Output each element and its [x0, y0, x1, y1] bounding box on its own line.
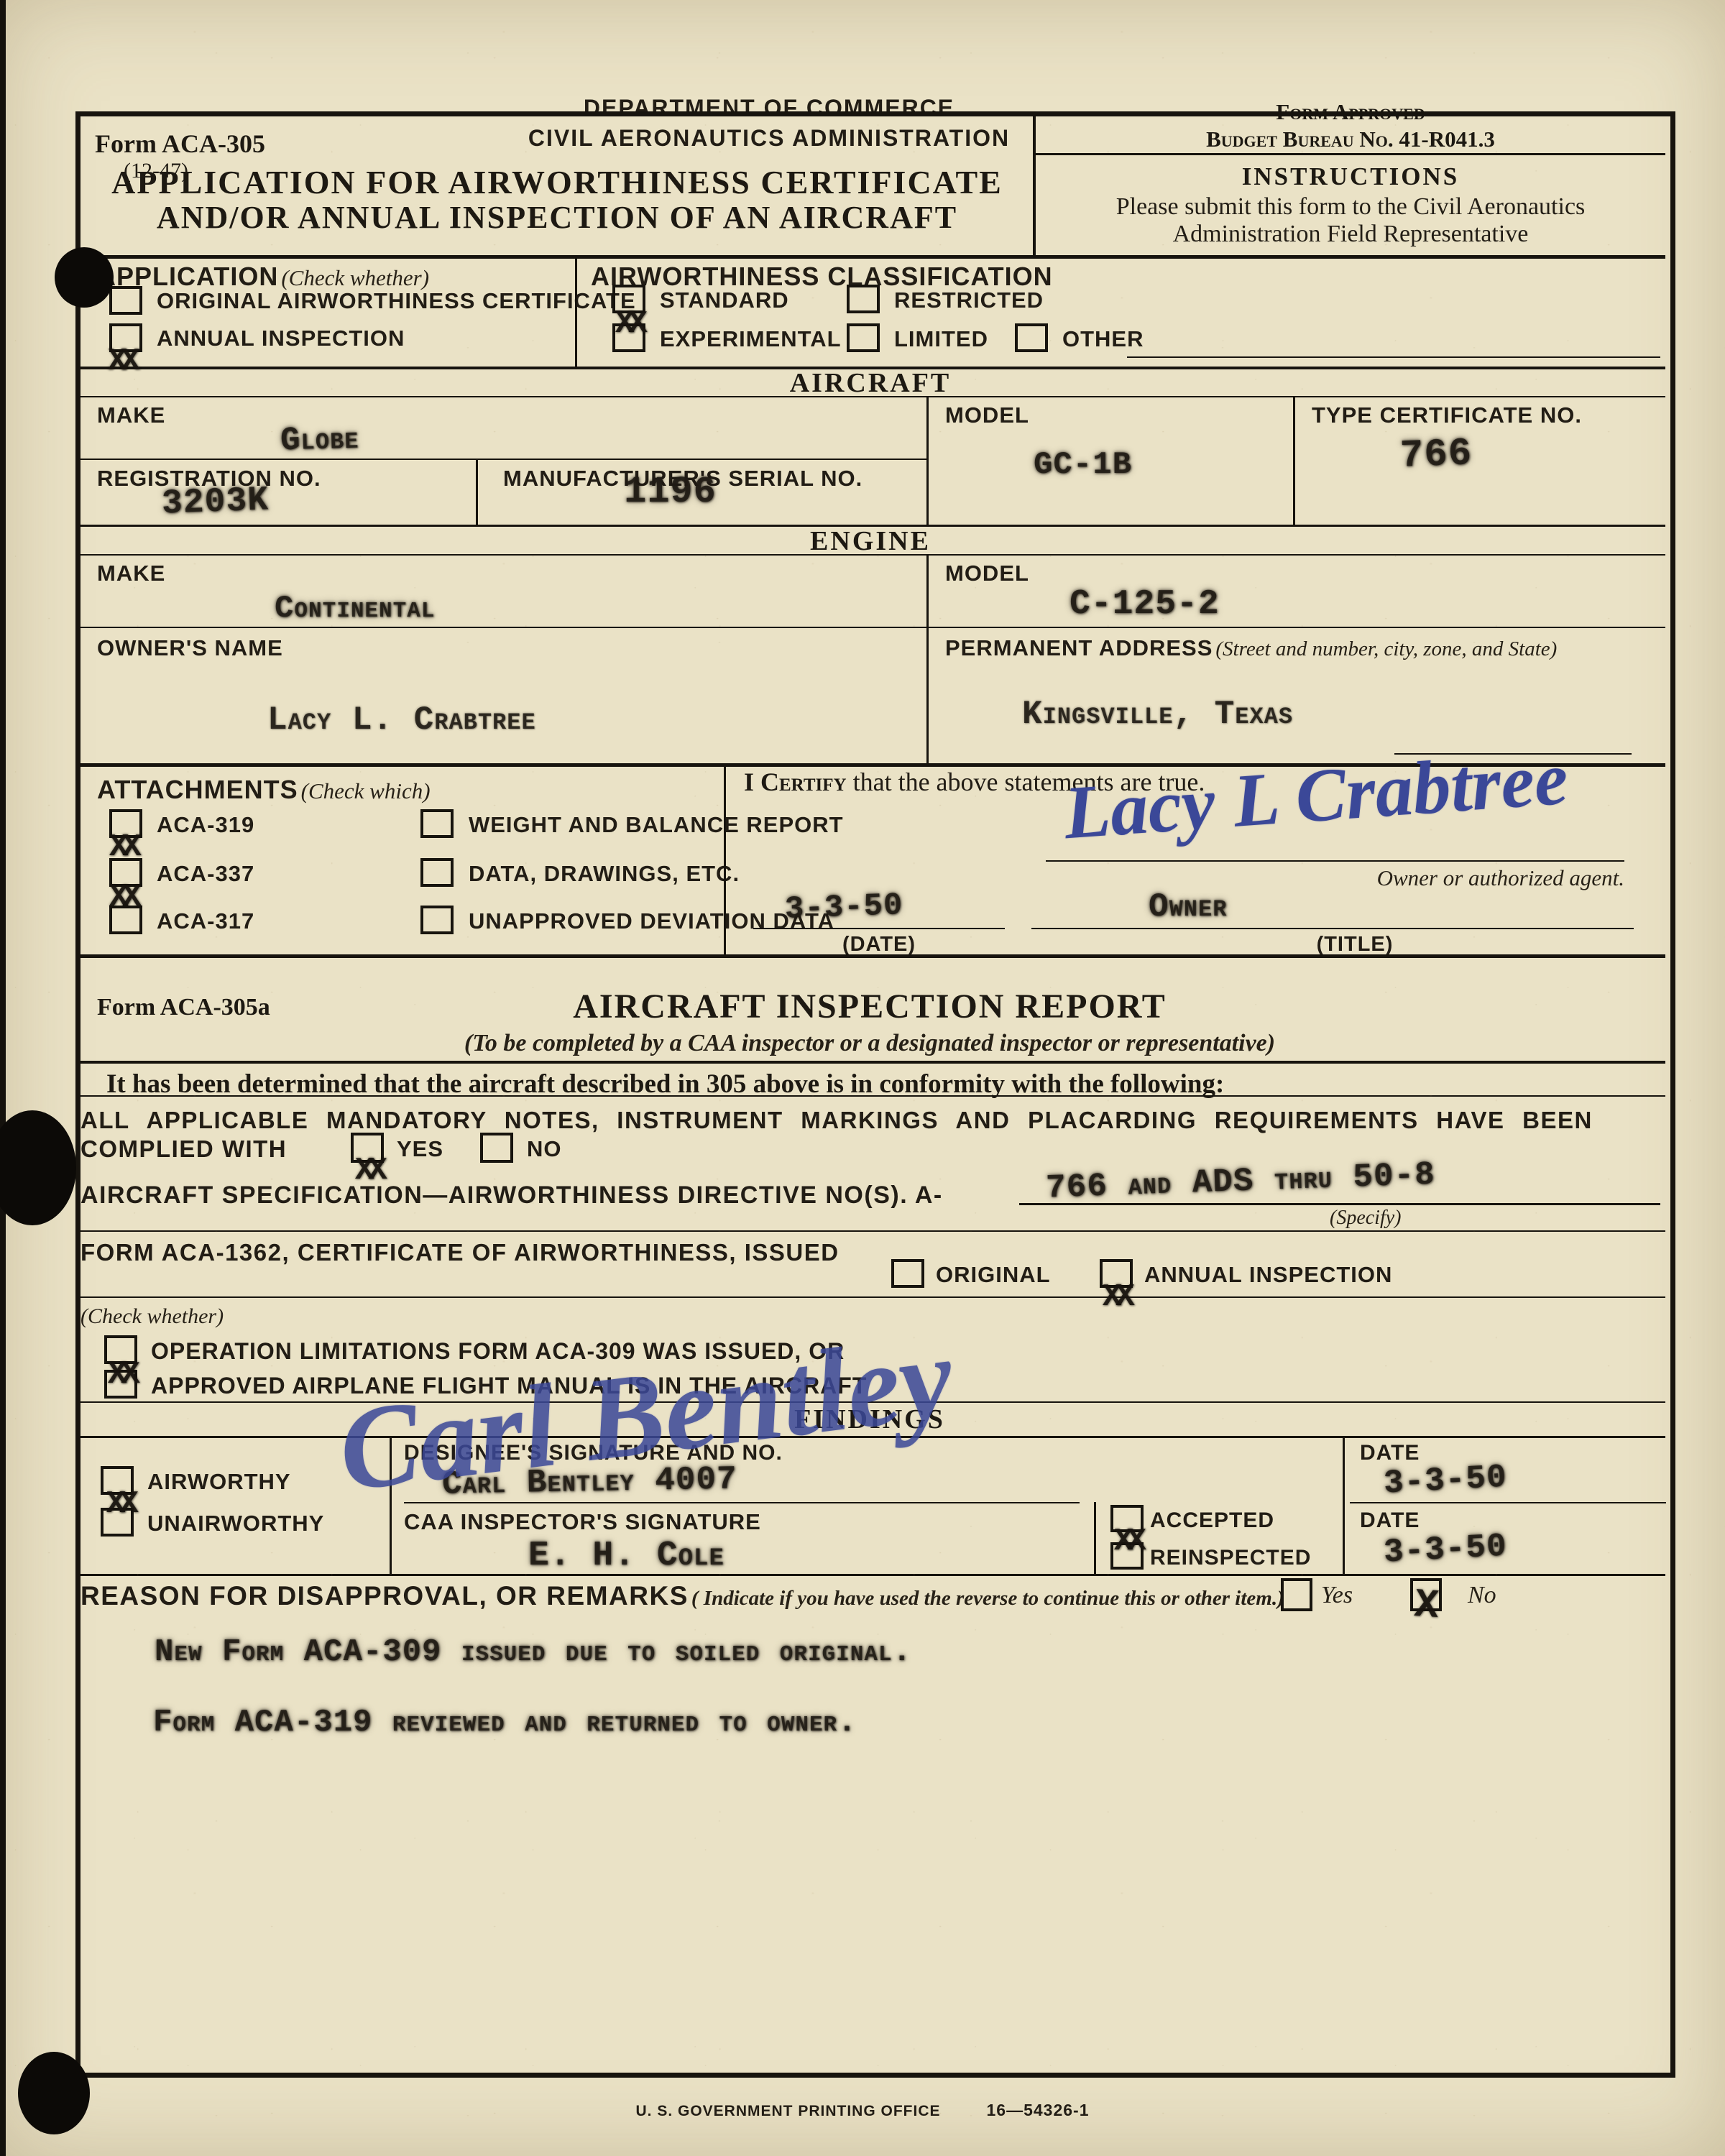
engine-make-value: Continental — [275, 592, 435, 625]
hole-punch-mark — [55, 247, 114, 308]
certify-date-value: 3-3-50 — [784, 889, 903, 926]
scanned-form-page: Form ACA-305 (12-47) DEPARTMENT OF COMME… — [0, 0, 1725, 2156]
certify-title-value: Owner — [1149, 890, 1227, 924]
aircraft-make-value: Globe — [280, 422, 359, 459]
print-code: 16—54326-1 — [987, 2101, 1090, 2119]
caa-inspector-typed: E. H. Cole — [528, 1538, 724, 1574]
findings-date-1: 3-3-50 — [1383, 1460, 1508, 1501]
airworthy-mark: XX — [106, 1486, 133, 1522]
findings-date-2: 3-3-50 — [1383, 1529, 1508, 1570]
checkbox-original-airworthiness[interactable] — [109, 286, 142, 315]
issued-annual-mark: XX — [1103, 1279, 1129, 1315]
checkbox-limited[interactable] — [847, 323, 880, 352]
annual-inspection-mark: XX — [108, 344, 134, 379]
checkbox-issued-original[interactable] — [891, 1259, 924, 1288]
aca-337-mark: XX — [109, 880, 136, 916]
form-border — [75, 111, 1675, 2078]
remarks-line-1: New Form ACA-309 issued due to soiled or… — [155, 1636, 912, 1669]
aircraft-model-value: GC-1B — [1034, 448, 1132, 482]
engine-model-value: C-125-2 — [1069, 586, 1220, 622]
serial-value: 1196 — [624, 473, 717, 512]
scan-edge-strip — [0, 0, 6, 2156]
hole-punch-mark — [0, 1110, 76, 1225]
op-limitations-mark: XX — [108, 1357, 134, 1393]
remarks-line-2: Form ACA-319 reviewed and returned to ow… — [153, 1706, 857, 1739]
checkbox-unapproved-deviation[interactable] — [420, 906, 454, 934]
checkbox-other[interactable] — [1015, 323, 1048, 352]
standard-mark: XX — [615, 306, 642, 342]
checkbox-data-drawings[interactable] — [420, 858, 454, 887]
hole-punch-mark — [18, 2052, 90, 2134]
remarks-no-mark: X — [1413, 1582, 1440, 1629]
footer-imprint: U. S. GOVERNMENT PRINTING OFFICE 16—5432… — [503, 2101, 1222, 2119]
printing-office: U. S. GOVERNMENT PRINTING OFFICE — [635, 2103, 940, 2119]
checkbox-weight-balance[interactable] — [420, 809, 454, 838]
checkbox-restricted[interactable] — [847, 285, 880, 313]
owner-name-value: Lacy L. Crabtree — [267, 703, 536, 737]
type-cert-value: 766 — [1399, 434, 1473, 477]
accepted-mark: XX — [1114, 1524, 1141, 1560]
address-value: Kingsville, Texas — [1022, 697, 1293, 732]
checkbox-remarks-yes[interactable] — [1281, 1578, 1312, 1611]
aca-319-mark: XX — [109, 829, 136, 865]
registration-value: 3203K — [161, 482, 270, 522]
checkbox-complied-no[interactable] — [480, 1133, 513, 1163]
complied-yes-mark: XX — [355, 1153, 382, 1189]
